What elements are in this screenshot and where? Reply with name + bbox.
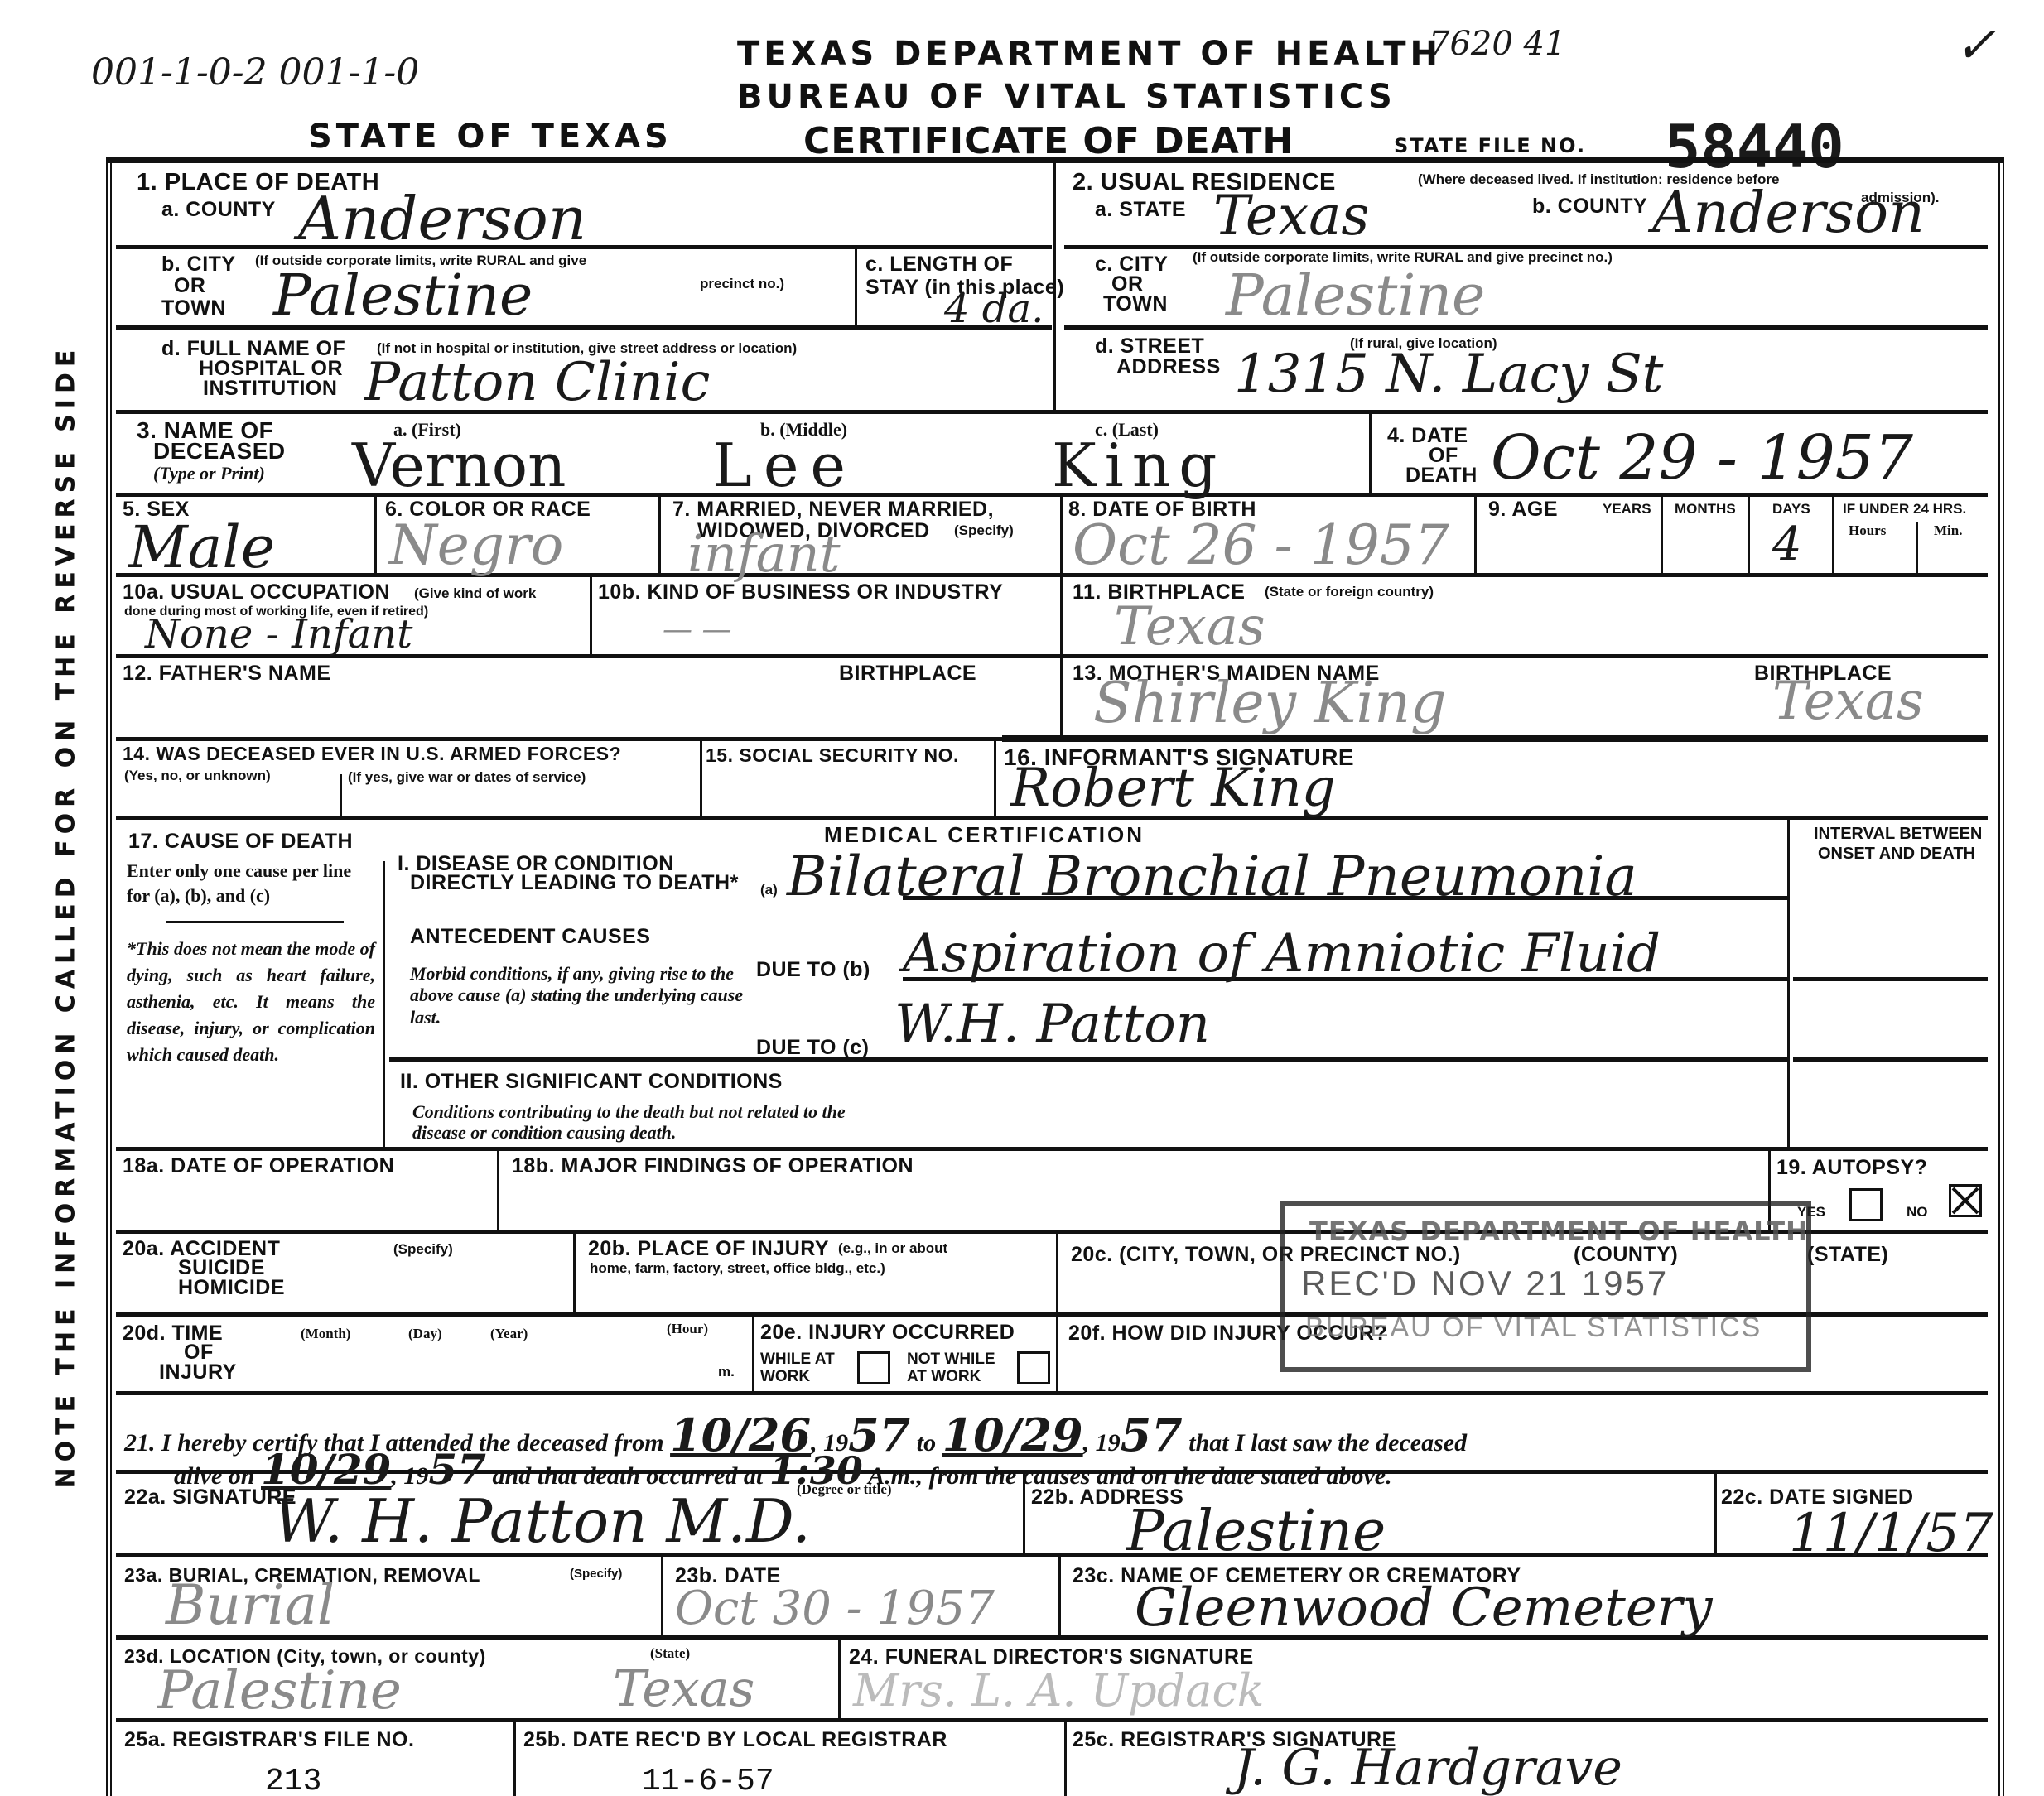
part2-hint: Conditions contributing to the death but…: [412, 1101, 860, 1144]
name-label2: DECEASED: [153, 439, 286, 463]
death-county-label: a. COUNTY: [161, 199, 276, 220]
mother-birthplace-value: Texas: [1772, 671, 1924, 732]
injury-month-label: (Month): [301, 1327, 350, 1342]
death-city-label: b. CITY ORTOWN: [161, 253, 236, 319]
registrar-signature: J. G. Hardgrave: [1234, 1739, 1622, 1796]
burial-method-value: Burial: [166, 1573, 335, 1637]
first-name-value: Vernon: [352, 431, 566, 500]
local-registrar-date-label: 25b. DATE REC'D BY LOCAL REGISTRAR: [523, 1729, 947, 1750]
autopsy-no-checkbox[interactable]: [1949, 1184, 1982, 1217]
burial-specify: (Specify): [570, 1567, 622, 1582]
part2-label: II. OTHER SIGNIFICANT CONDITIONS: [400, 1071, 783, 1092]
autopsy-no-label: NO: [1907, 1205, 1928, 1221]
injury-occurred-label: 20e. INJURY OCCURRED: [760, 1322, 1015, 1343]
cause-b-value: Aspiration of Amniotic Fluid: [903, 923, 1661, 985]
occupation-label: 10a. USUAL OCCUPATION: [123, 581, 390, 603]
marital-specify: (Specify): [954, 523, 1014, 539]
date-of-death-value: Oct 29 - 1957: [1491, 422, 1913, 494]
burial-state-label: (State): [650, 1646, 690, 1662]
stamp-bureau: BUREAU OF VITAL STATISTICS: [1305, 1312, 1762, 1344]
residence-city-value: Palestine: [1226, 263, 1485, 329]
cemetery-value: Gleenwood Cemetery: [1135, 1577, 1712, 1639]
occupation-hint: (Give kind of work: [414, 586, 536, 602]
stamp-dept: TEXAS DEPARTMENT OF HEALTH: [1309, 1216, 1809, 1247]
middle-name-value: Lee: [712, 431, 857, 500]
x-mark-icon: [1951, 1187, 1979, 1215]
age-days-label: DAYS: [1772, 502, 1810, 518]
antecedent-label: ANTECEDENT CAUSES: [410, 926, 650, 947]
physician-signature: W. H. Patton M.D.: [273, 1486, 811, 1556]
state-file-label: STATE FILE NO.: [1394, 134, 1586, 157]
age-years-label: YEARS: [1603, 502, 1651, 518]
file-codes-note: 001-1-0-2 001-1-0: [91, 51, 419, 94]
registrar-file-number: 213: [265, 1764, 321, 1796]
injury-m-label: m.: [718, 1365, 735, 1380]
injury-homicide-label: HOMICIDE: [178, 1277, 285, 1298]
physician-address: Palestine: [1126, 1499, 1386, 1564]
residence-city-label3: TOWN: [1103, 293, 1168, 315]
injury-place-hint: (e.g., in or about: [838, 1241, 947, 1257]
mother-name-value: Shirley King: [1093, 671, 1447, 736]
signature-label: 22a. SIGNATURE: [124, 1486, 296, 1508]
injury-day-label: (Day): [408, 1327, 442, 1342]
occupation-value: None - Infant: [145, 611, 412, 657]
injury-year-label: (Year): [490, 1327, 528, 1342]
injury-place-hint2: home, farm, factory, street, office bldg…: [590, 1261, 885, 1277]
hospital-value: Patton Clinic: [364, 352, 710, 413]
street-label2: ADDRESS: [1116, 356, 1221, 378]
stamp-received-date: REC'D NOV 21 1957: [1301, 1264, 1669, 1303]
autopsy-label: 19. AUTOPSY?: [1776, 1157, 1927, 1178]
cause-of-death-label: 17. CAUSE OF DEATH: [128, 831, 353, 852]
top-right-code-note: 7620 41: [1429, 25, 1565, 63]
age-days-value: 4: [1772, 518, 1802, 571]
burial-state-value: Texas: [613, 1660, 754, 1718]
top-border: [106, 157, 2003, 163]
armed-forces-hint1: (Yes, no, or unknown): [124, 768, 271, 784]
min-label: Min.: [1934, 523, 1962, 539]
under-24-label: IF UNDER 24 HRS.: [1843, 502, 1966, 518]
cause-a-marker: (a): [760, 883, 778, 898]
armed-forces-hint2: (If yes, give war or dates of service): [348, 770, 586, 786]
death-city-value: Palestine: [273, 263, 533, 329]
last-name-value: King: [1052, 431, 1225, 500]
business-value: — —: [663, 613, 731, 647]
ssn-label: 15. SOCIAL SECURITY NO.: [706, 745, 959, 765]
residence-county-label: b. COUNTY: [1532, 195, 1647, 217]
burial-date-value: Oct 30 - 1957: [675, 1582, 995, 1635]
physician-scrawl: W.H. Patton: [894, 994, 1210, 1055]
residence-state-label: a. STATE: [1095, 199, 1186, 220]
burial-location-value: Palestine: [157, 1660, 402, 1721]
marital-label: 7. MARRIED, NEVER MARRIED,: [672, 498, 994, 520]
hours-label: Hours: [1849, 523, 1886, 539]
marital-value: infant: [687, 523, 841, 584]
due-to-c-label: DUE TO (c): [756, 1037, 870, 1058]
received-stamp: TEXAS DEPARTMENT OF HEALTH REC'D NOV 21 …: [1280, 1201, 1811, 1372]
degree-label: (Degree or title): [797, 1482, 892, 1498]
length-of-stay-value: 4 da.: [944, 286, 1044, 332]
antecedent-hint: Morbid conditions, if any, giving rise t…: [410, 963, 758, 1028]
injury-place-label: 20b. PLACE OF INJURY: [588, 1238, 829, 1259]
death-city-hint2: precinct no.): [700, 277, 784, 292]
race-value: Negro: [389, 513, 563, 577]
date-signed-value: 11/1/57: [1789, 1503, 1993, 1564]
while-at-work-checkbox[interactable]: [857, 1351, 890, 1384]
birthplace-value: Texas: [1114, 596, 1265, 657]
autopsy-yes-checkbox[interactable]: [1849, 1188, 1883, 1221]
interval-label: INTERVAL BETWEEN: [1814, 825, 1982, 843]
part1-label2: DIRECTLY LEADING TO DEATH*: [410, 872, 739, 893]
document-title: CERTIFICATE OF DEATH: [803, 120, 1294, 162]
not-while-at-work-label: NOT WHILE AT WORK: [907, 1351, 1015, 1386]
residence-state-value: Texas: [1213, 184, 1369, 248]
date-of-death-label3: DEATH: [1405, 465, 1478, 486]
bureau-name: BUREAU OF VITAL STATISTICS: [737, 78, 1396, 116]
checkmark-icon: ✓: [1955, 17, 1996, 75]
name-label3: (Type or Print): [153, 462, 265, 486]
due-to-b-label: DUE TO (b): [756, 959, 870, 980]
state-heading: STATE OF TEXAS: [308, 118, 672, 156]
local-registrar-date: 11-6-57: [642, 1764, 774, 1796]
operation-date-label: 18a. DATE OF OPERATION: [123, 1155, 394, 1177]
interval-label2: ONSET AND DEATH: [1818, 845, 1975, 863]
death-county-value: Anderson: [298, 184, 586, 253]
street-value: 1315 N. Lacy St: [1234, 344, 1663, 405]
operation-findings-label: 18b. MAJOR FINDINGS OF OPERATION: [512, 1155, 914, 1177]
injury-hour-label: (Hour): [667, 1322, 708, 1337]
father-name-label: 12. FATHER'S NAME: [123, 662, 331, 684]
hospital-label3: INSTITUTION: [203, 378, 337, 399]
armed-forces-label: 14. WAS DECEASED EVER IN U.S. ARMED FORC…: [123, 744, 621, 763]
father-birthplace-label: BIRTHPLACE: [839, 662, 976, 684]
injury-specify: (Specify): [393, 1242, 453, 1258]
informant-signature: Robert King: [1010, 758, 1336, 819]
birthplace-hint: (State or foreign country): [1265, 585, 1434, 600]
injury-state-label: (STATE): [1807, 1244, 1888, 1265]
cause-footnote: *This does not mean the mode of dying, s…: [127, 936, 375, 1067]
business-label: 10b. KIND OF BUSINESS OR INDUSTRY: [598, 581, 1003, 603]
sex-value: Male: [128, 513, 275, 581]
cause-instruction: Enter only one cause per line for (a), (…: [127, 859, 375, 908]
residence-county-value: Anderson: [1652, 181, 1925, 246]
dept-name: TEXAS DEPARTMENT OF HEALTH: [737, 35, 1442, 73]
age-label: 9. AGE: [1488, 498, 1558, 520]
funeral-director-signature: Mrs. L. A. Updack: [853, 1664, 1264, 1717]
injury-time-label3: INJURY: [159, 1361, 237, 1383]
while-at-work-label: WHILE AT WORK: [760, 1351, 851, 1386]
age-months-label: MONTHS: [1675, 502, 1736, 518]
dob-value: Oct 26 - 1957: [1073, 513, 1449, 577]
length-of-stay-label: c. LENGTH OF: [865, 253, 1013, 275]
not-while-at-work-checkbox[interactable]: [1017, 1351, 1050, 1384]
street-label: d. STREET: [1095, 335, 1204, 357]
cause-a-value: Bilateral Bronchial Pneumonia: [787, 845, 1637, 908]
registrar-file-label: 25a. REGISTRAR'S FILE NO.: [124, 1729, 414, 1750]
reverse-side-note: NOTE THE INFORMATION CALLED FOR ON THE R…: [52, 495, 81, 1489]
medical-certification-heading: MEDICAL CERTIFICATION: [824, 824, 1145, 846]
